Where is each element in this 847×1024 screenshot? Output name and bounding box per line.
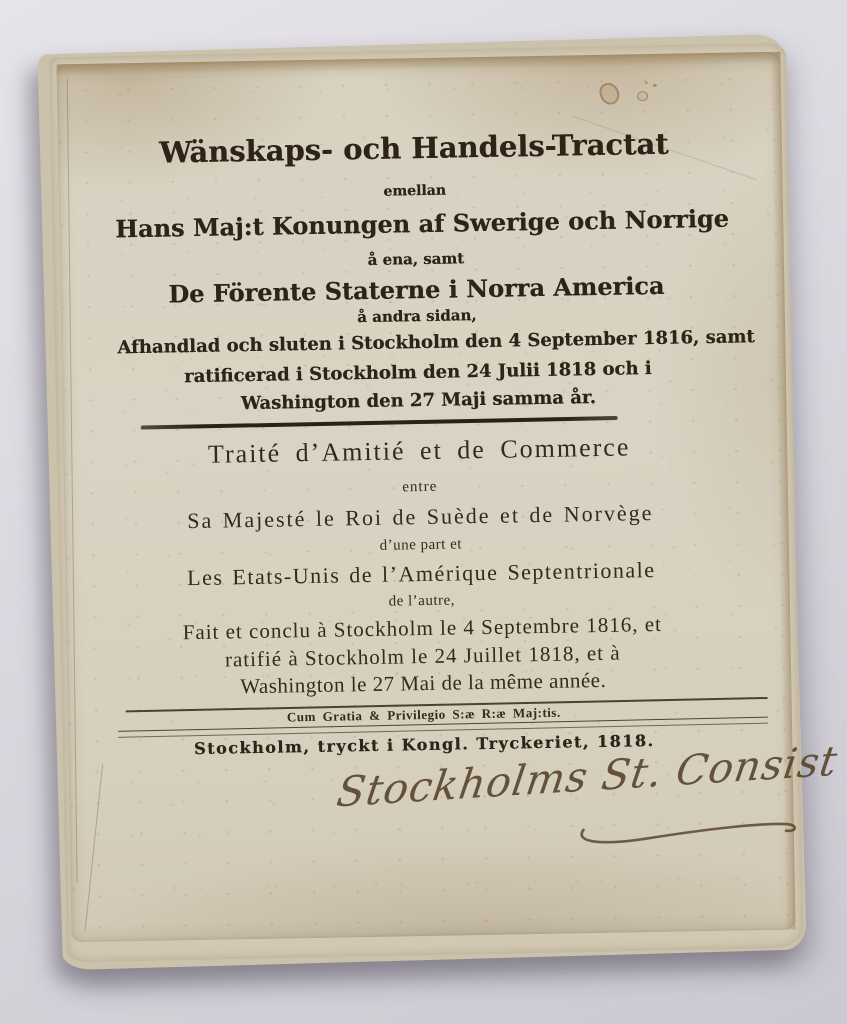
french-party2: Les Etats-Unis de l’Amérique Septentrion… xyxy=(121,556,721,592)
crease-bottom-left xyxy=(85,764,104,931)
french-party1-side: d’une part et xyxy=(121,532,721,560)
swedish-date-line-1: Afhandlad och sluten i Stockholm den 4 S… xyxy=(117,328,717,359)
photo-backdrop: Wänskaps- och Handels-Tractat emellan Ha… xyxy=(0,0,847,1024)
left-fold-edge xyxy=(67,78,78,882)
ink-stain-dot-small xyxy=(645,81,648,84)
swedish-date-line-2: ratificerad i Stockholm den 24 Julii 181… xyxy=(118,358,718,389)
signature-flourish-stroke xyxy=(575,812,802,854)
swedish-party1: Hans Maj:t Konungen af Swerige och Norri… xyxy=(115,205,715,243)
swedish-party2: De Förente Staterne i Norra America xyxy=(116,271,716,309)
document-title-page: Wänskaps- och Handels-Tractat emellan Ha… xyxy=(56,52,795,943)
french-party2-side: de l’autre, xyxy=(122,588,722,616)
swedish-party1-side: å ena, samt xyxy=(116,246,716,274)
french-title: Traité d’Amitié et de Commerce xyxy=(119,431,719,471)
swedish-title: Wänskaps- och Handels-Tractat xyxy=(114,127,714,171)
ink-stain-dot xyxy=(653,84,657,87)
swedish-date-line-3: Washington den 27 Maji samma år. xyxy=(118,386,718,417)
ink-stain-blob xyxy=(597,81,621,107)
ink-stain-ring xyxy=(637,91,648,101)
french-between: entre xyxy=(120,474,720,502)
french-party1: Sa Majesté le Roi de Suède et de Norvège xyxy=(120,499,720,535)
section-divider-rule xyxy=(141,416,618,430)
swedish-between: emellan xyxy=(115,178,715,205)
